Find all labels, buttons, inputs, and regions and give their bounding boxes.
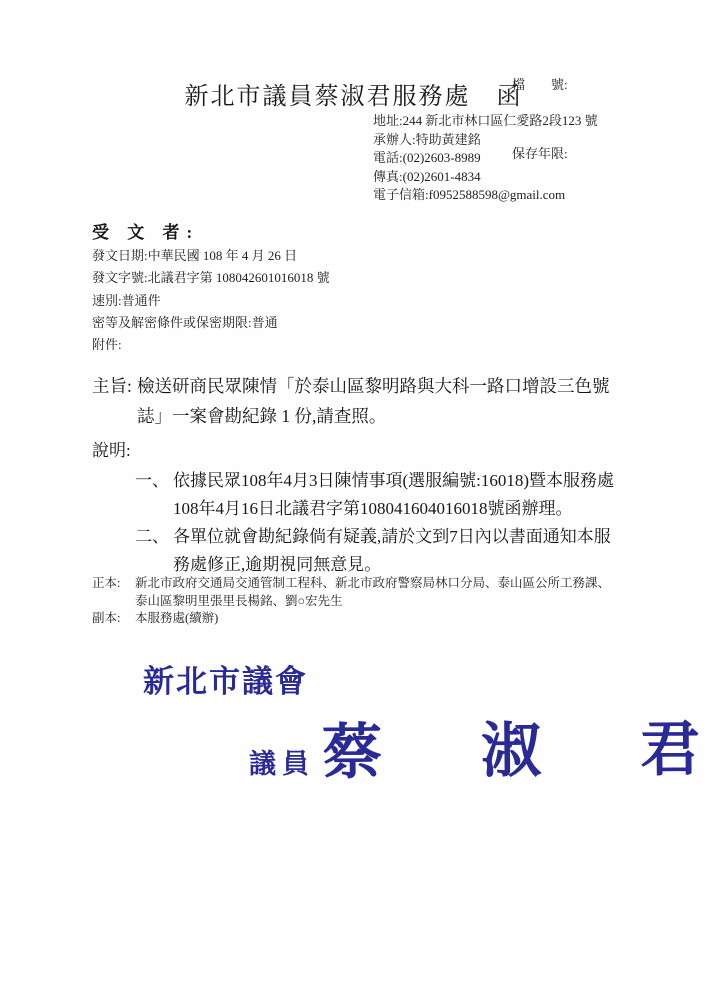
explanation-item: 二、 各單位就會勘紀錄倘有疑義,請於文到7日內以書面通知本服 務處修正,逾期視同… <box>92 523 677 579</box>
explanation-section: 說明: 一、 依據民眾108年4月3日陳情事項(選服編號:16018)暨本服務處… <box>92 437 677 579</box>
copies-section: 正本: 新北市政府交通局交通管制工程科、新北市政府警察局林口分局、泰山區公所工務… <box>92 575 677 628</box>
issue-date-line: 發文日期:中華民國 108 年 4 月 26 日 <box>92 245 330 267</box>
doc-number-line: 發文字號:北議君字第 108042601016018 號 <box>92 267 330 289</box>
cc-copy-recipients: 本服務處(續辦) <box>135 610 218 628</box>
original-copy-recipients: 新北市政府交通局交通管制工程科、新北市政府警察局林口分局、泰山區公所工務課、 泰… <box>135 575 610 610</box>
sender-phone: 電話:(02)2603-8989 <box>373 149 598 168</box>
document-meta-block: 發文日期:中華民國 108 年 4 月 26 日 發文字號:北議君字第 1080… <box>92 245 330 356</box>
councilor-title-stamp: 議員 <box>249 742 315 781</box>
subject-text: 檢送研商民眾陳情「於泰山區黎明路與大科一路口增設三色號 誌」一案會勘紀錄 1 份… <box>137 371 610 431</box>
delivery-type-line: 速別:普通件 <box>92 290 330 312</box>
cc-copy-row: 副本: 本服務處(續辦) <box>92 610 677 628</box>
recipient-label: 受 文 者: <box>92 218 199 243</box>
explanation-item: 一、 依據民眾108年4月3日陳情事項(選服編號:16018)暨本服務處 108… <box>92 467 677 523</box>
explanation-item-text: 依據民眾108年4月3日陳情事項(選服編號:16018)暨本服務處 108年4月… <box>173 467 614 523</box>
original-copy-label: 正本: <box>92 575 135 610</box>
councilor-signature: 蔡 淑 君 <box>322 701 707 791</box>
sender-fax: 傳真:(02)2601-4834 <box>373 168 598 187</box>
document-title: 新北市議員蔡淑君服務處 函 <box>0 76 707 111</box>
explanation-item-text: 各單位就會勘紀錄倘有疑義,請於文到7日內以書面通知本服 務處修正,逾期視同無意見… <box>173 523 611 579</box>
sender-email: 電子信箱:f0952588598@gmail.com <box>373 186 598 205</box>
sender-address: 地址:244 新北市林口區仁愛路2段123 號 <box>373 112 598 131</box>
sender-contact-person: 承辦人:特助黃建銘 <box>373 131 598 150</box>
cc-copy-label: 副本: <box>92 610 135 628</box>
subject-section: 主旨: 檢送研商民眾陳情「於泰山區黎明路與大科一路口增設三色號 誌」一案會勘紀錄… <box>92 371 667 431</box>
subject-label: 主旨: <box>92 371 137 431</box>
council-stamp: 新北市議會 <box>143 656 308 701</box>
explanation-item-number: 二、 <box>135 523 173 579</box>
explanation-label: 說明: <box>92 437 677 465</box>
attachment-line: 附件: <box>92 334 330 356</box>
original-copy-row: 正本: 新北市政府交通局交通管制工程科、新北市政府警察局林口分局、泰山區公所工務… <box>92 575 677 610</box>
document-page: 檔 號: 保存年限: 新北市議員蔡淑君服務處 函 地址:244 新北市林口區仁愛… <box>0 0 707 1000</box>
explanation-item-number: 一、 <box>135 467 173 523</box>
sender-info-block: 地址:244 新北市林口區仁愛路2段123 號 承辦人:特助黃建銘 電話:(02… <box>373 112 598 205</box>
security-level-line: 密等及解密條件或保密期限:普通 <box>92 312 330 334</box>
